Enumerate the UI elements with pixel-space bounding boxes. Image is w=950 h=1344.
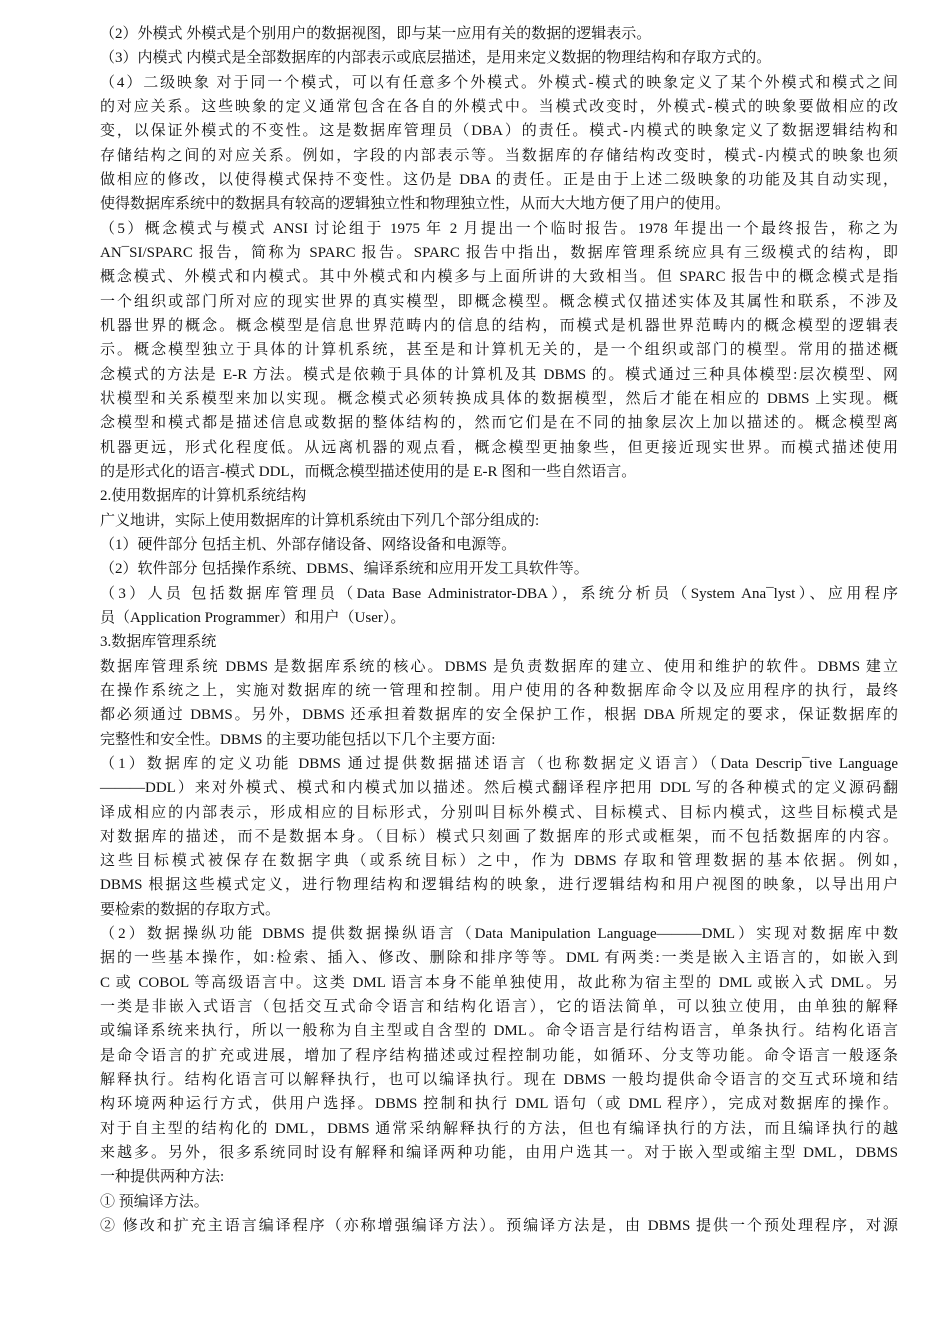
text-line: 解释执行。结构化语言可以解释执行，也可以编译执行。现在 DBMS 一般均提供命令… bbox=[100, 1068, 898, 1092]
text-line: （1）硬件部分 包括主机、外部存储设备、网络设备和电源等。 bbox=[100, 533, 898, 557]
text-line: 的是形式化的语言-模式 DDL，而概念模型描述使用的是 E-R 图和一些自然语言… bbox=[100, 460, 898, 484]
text-line: 念模式的方法是 E-R 方法。模式是依赖于具体的计算机及其 DBMS 的。模式通… bbox=[100, 363, 898, 387]
text-line: 存储结构之间的对应关系。例如，字段的内部表示等。当数据库的存储结构改变时，模式-… bbox=[100, 144, 898, 168]
text-line: 状模型和关系模型来加以实现。概念模式必须转换成具体的数据模型，然后才能在相应的 … bbox=[100, 387, 898, 411]
text-line: 对数据库的描述，而不是数据本身。（目标）模式只刻画了数据库的形式或框架，而不包括… bbox=[100, 825, 898, 849]
text-line: ② 修改和扩充主语言编译程序（亦称增强编译方法）。预编译方法是，由 DBMS 提… bbox=[100, 1214, 898, 1238]
text-line: 要检索的数据的存取方式。 bbox=[100, 898, 898, 922]
text-line: 完整性和安全性。DBMS 的主要功能包括以下几个主要方面: bbox=[100, 728, 898, 752]
text-line: 这些目标模式被保存在数据字典（或系统目标）之中，作为 DBMS 存取和管理数据的… bbox=[100, 849, 908, 873]
text-line: 广义地讲，实际上使用数据库的计算机系统由下列几个部分组成的: bbox=[100, 509, 898, 533]
text-line: ① 预编译方法。 bbox=[100, 1190, 898, 1214]
text-line: 一种提供两种方法: bbox=[100, 1165, 898, 1189]
text-line: （4）二级映象 对于同一个模式，可以有任意多个外模式。外模式-模式的映象定义了某… bbox=[100, 71, 898, 95]
text-line: 是命令语言的扩充或进展，增加了程序结构描述或过程控制功能，如循环、分支等功能。命… bbox=[100, 1044, 898, 1068]
text-line: （2）数据操纵功能 DBMS 提供数据操纵语言（Data Manipulatio… bbox=[100, 922, 898, 946]
text-line: ———DDL）来对外模式、模式和内模式加以描述。然后模式翻译程序把用 DDL 写… bbox=[100, 776, 898, 800]
text-line: 2.使用数据库的计算机系统结构 bbox=[100, 484, 898, 508]
text-line: 3.数据库管理系统 bbox=[100, 630, 898, 654]
text-line: DBMS 根据这些模式定义，进行物理结构和逻辑结构的映象，进行逻辑结构和用户视图… bbox=[100, 873, 898, 897]
text-line: 在操作系统之上，实施对数据库的统一管理和控制。用户使用的各种数据库命令以及应用程… bbox=[100, 679, 898, 703]
text-line: （3）人员 包括数据库管理员（Data Base Administrator-D… bbox=[100, 582, 898, 606]
text-line: 使得数据库系统中的数据具有较高的逻辑独立性和物理独立性，从而大大地方便了用户的使… bbox=[100, 192, 898, 216]
text-line: 一个组织或部门所对应的现实世界的真实模型，即概念模型。概念模式仅描述实体及其属性… bbox=[100, 290, 898, 314]
text-line: （3）内模式 内模式是全部数据库的内部表示或底层描述，是用来定义数据的物理结构和… bbox=[100, 46, 898, 70]
text-line: 构环境两种运行方式，供用户选择。DBMS 控制和执行 DML 语句（或 DML … bbox=[100, 1092, 898, 1116]
document-page: （2）外模式 外模式是个别用户的数据视图，即与某一应用有关的数据的逻辑表示。（3… bbox=[100, 22, 898, 1238]
text-line: 对于自主型的结构化的 DML，DBMS 通常采纳解释执行的方法，但也有编译执行的… bbox=[100, 1117, 898, 1141]
text-line: 译成相应的内部表示，形成相应的目标形式，分别叫目标外模式、目标模式、目标内模式，… bbox=[100, 801, 898, 825]
text-line: AN¯SI/SPARC 报告，简称为 SPARC 报告。SPARC 报告中指出，… bbox=[100, 241, 898, 265]
text-line: 变，以保证外模式的不变性。这是数据库管理员（DBA）的责任。模式-内模式的映象定… bbox=[100, 119, 898, 143]
text-line: （1）数据库的定义功能 DBMS 通过提供数据描述语言（也称数据定义语言）（Da… bbox=[100, 752, 898, 776]
text-line: 员（Application Programmer）和用户（User）。 bbox=[100, 606, 898, 630]
text-line: 机器更远，形式化程度低。从远离机器的观点看，概念模型更抽象些，但更接近现实世界。… bbox=[100, 436, 898, 460]
text-line: 来越多。另外，很多系统同时设有解释和编译两种功能，由用户选其一。对于嵌入型或缩主… bbox=[100, 1141, 898, 1165]
text-line: 机器世界的概念。概念模型是信息世界范畴内的信息的结构，而模式是机器世界范畴内的概… bbox=[100, 314, 898, 338]
text-line: 或编译系统来执行，所以一般称为自主型或自含型的 DML。命令语言是行结构语言，单… bbox=[100, 1019, 898, 1043]
text-line: 一类是非嵌入式语言（包括交互式命令语言和结构化语言），它的语法简单，可以独立使用… bbox=[100, 995, 898, 1019]
text-line: 示。概念模型独立于具体的计算机系统，甚至是和计算机无关的，是一个组织或部门的模型… bbox=[100, 338, 898, 362]
text-line: C 或 COBOL 等高级语言中。这类 DML 语言本身不能单独使用，故此称为宿… bbox=[100, 971, 898, 995]
text-line: 的对应关系。这些映象的定义通常包含在各自的外模式中。当模式改变时，外模式-模式的… bbox=[100, 95, 898, 119]
text-line: 数据库管理系统 DBMS 是数据库系统的核心。DBMS 是负责数据库的建立、使用… bbox=[100, 655, 898, 679]
text-line: （2）软件部分 包括操作系统、DBMS、编译系统和应用开发工具软件等。 bbox=[100, 557, 898, 581]
text-line: 念模型和模式都是描述信息或数据的整体结构的，然而它们是在不同的抽象层次上加以描述… bbox=[100, 411, 898, 435]
text-line: （2）外模式 外模式是个别用户的数据视图，即与某一应用有关的数据的逻辑表示。 bbox=[100, 22, 898, 46]
text-line: 据的一些基本操作，如:检索、插入、修改、删除和排序等等。DML 有两类:一类是嵌… bbox=[100, 946, 898, 970]
text-line: 做相应的修改，以使得模式保持不变性。这仍是 DBA 的责任。正是由于上述二级映象… bbox=[100, 168, 898, 192]
text-line: 概念模式、外模式和内模式。其中外模式和内模多与上面所讲的大致相当。但 SPARC… bbox=[100, 265, 898, 289]
text-line: 都必须通过 DBMS。另外，DBMS 还承担着数据库的安全保护工作，根据 DBA… bbox=[100, 703, 898, 727]
text-line: （5）概念模式与模式 ANSI 讨论组于 1975 年 2 月提出一个临时报告。… bbox=[100, 217, 898, 241]
